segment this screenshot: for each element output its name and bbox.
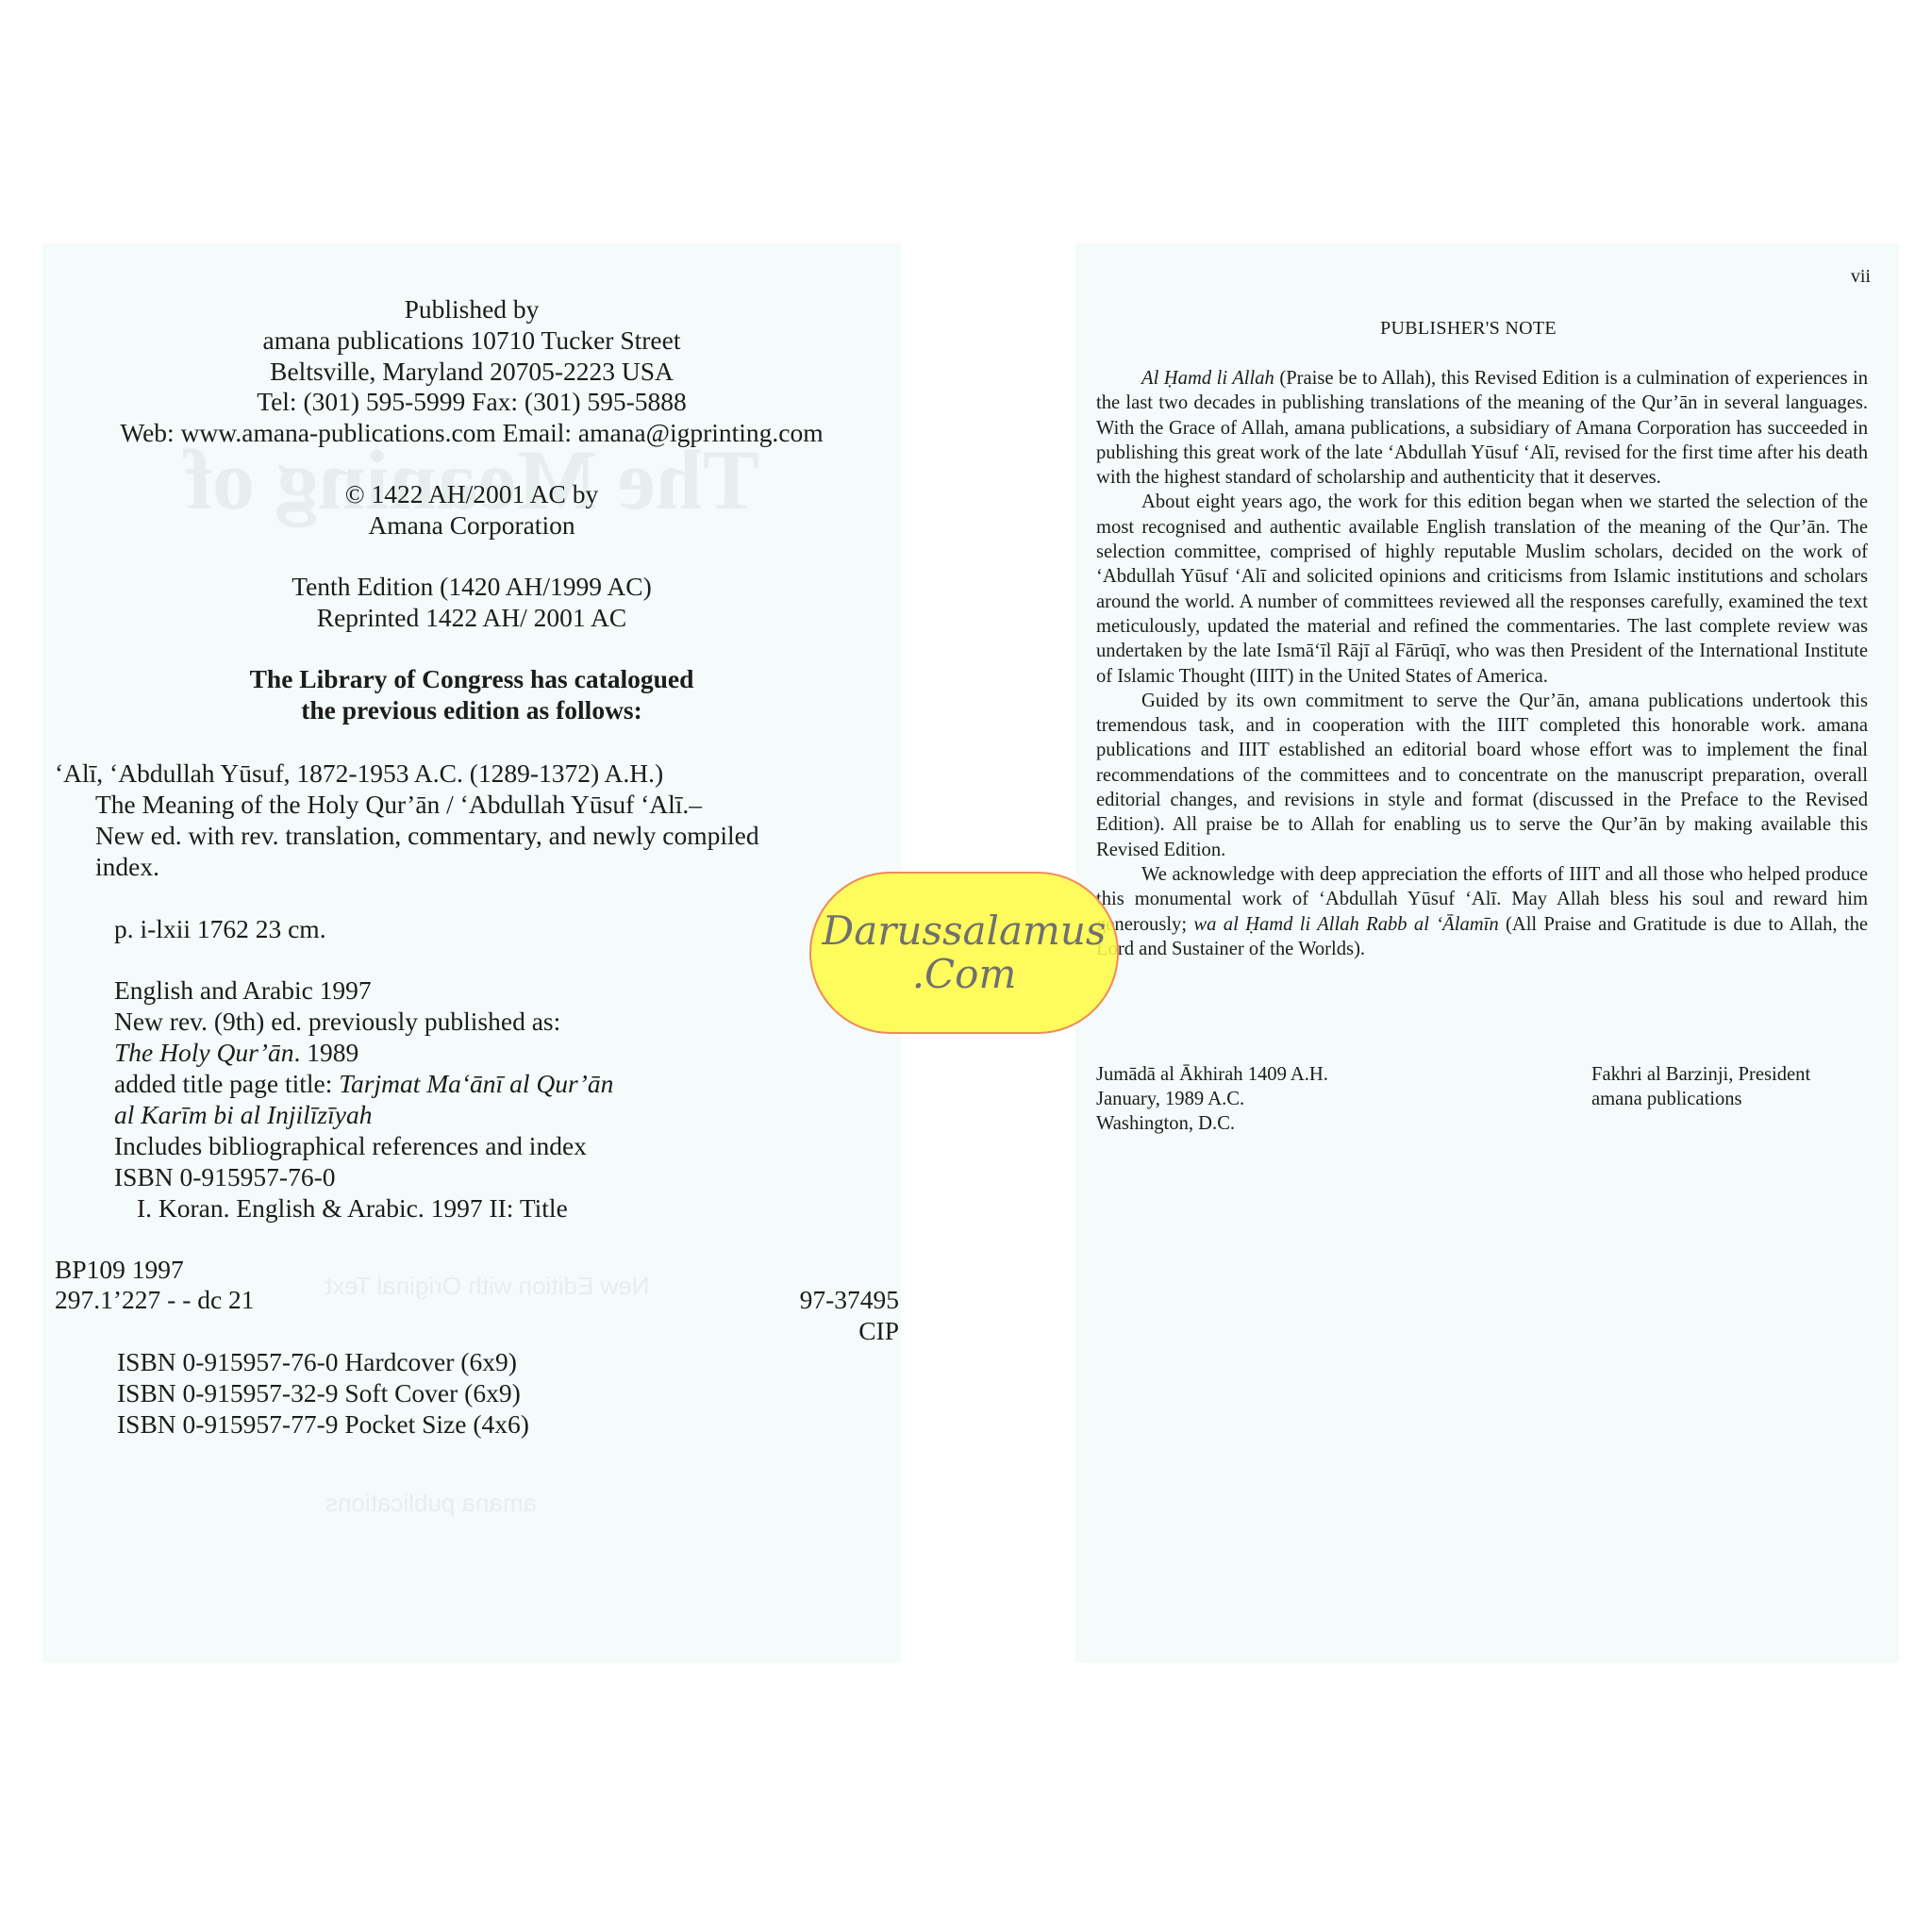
left-page-copyright: The Meaning of New Edition with Original… xyxy=(42,243,901,1662)
loc-heading-2: the previous edition as follows: xyxy=(42,695,901,725)
paragraph: Al Ḥamd li Allah (Praise be to Allah), t… xyxy=(1096,366,1868,490)
note-body: Al Ḥamd li Allah (Praise be to Allah), t… xyxy=(1096,366,1868,961)
catalog-added-title-cont: al Karīm bi al Injilīzīyah xyxy=(114,1100,372,1130)
paragraph: We acknowledge with deep appreciation th… xyxy=(1096,862,1868,961)
catalog-title: The Meaning of the Holy Qur’ān / ‘Abdull… xyxy=(95,790,702,820)
publisher-web-email: Web: www.amana-publications.com Email: a… xyxy=(42,418,901,448)
isbn-softcover: ISBN 0-915957-32-9 Soft Cover (6x9) xyxy=(117,1378,521,1408)
publisher-city: Beltsville, Maryland 20705-2223 USA xyxy=(42,357,901,387)
page-number: vii xyxy=(1851,266,1871,288)
publisher-address: amana publications 10710 Tucker Street xyxy=(42,325,901,356)
lccn: 97-37495 xyxy=(800,1285,899,1315)
catalog-isbn: ISBN 0-915957-76-0 xyxy=(114,1162,336,1192)
signatory-org: amana publications xyxy=(1591,1087,1742,1111)
catalog-title: New ed. with rev. translation, commentar… xyxy=(95,821,759,851)
copyright-line: © 1422 AH/2001 AC by xyxy=(42,479,901,509)
dateline-place: Washington, D.C. xyxy=(1096,1111,1235,1136)
paragraph: About eight years ago, the work for this… xyxy=(1096,490,1868,688)
catalog-added-title: added title page title: Tarjmat Ma‘ānī a… xyxy=(114,1069,613,1099)
dateline-gregorian: January, 1989 A.C. xyxy=(1096,1087,1244,1111)
edition-line: Tenth Edition (1420 AH/1999 AC) xyxy=(42,572,901,602)
catalog-language: English and Arabic 1997 xyxy=(114,975,372,1006)
loc-heading-1: The Library of Congress has catalogued xyxy=(42,664,901,694)
paragraph: Guided by its own commitment to serve th… xyxy=(1096,689,1868,862)
call-number: BP109 1997 xyxy=(55,1255,184,1285)
cip-label: CIP xyxy=(858,1316,899,1346)
isbn-hardcover: ISBN 0-915957-76-0 Hardcover (6x9) xyxy=(117,1347,517,1377)
isbn-pocket: ISBN 0-915957-77-9 Pocket Size (4x6) xyxy=(117,1409,529,1440)
publisher-phone: Tel: (301) 595-5999 Fax: (301) 595-5888 xyxy=(42,387,901,417)
published-by: Published by xyxy=(42,294,901,325)
bleed-through-ghost: amana publications xyxy=(325,1489,537,1518)
catalog-pages: p. i-lxii 1762 23 cm. xyxy=(114,914,326,944)
watermark-badge: Darussalamus .Com xyxy=(809,872,1119,1034)
watermark-text: Darussalamus xyxy=(823,909,1107,953)
catalog-subjects: I. Koran. English & Arabic. 1997 II: Tit… xyxy=(137,1193,568,1224)
dewey-number: 297.1’227 - - dc 21 xyxy=(55,1285,255,1315)
right-page-publishers-note: vii PUBLISHER'S NOTE Al Ḥamd li Allah (P… xyxy=(1075,243,1899,1662)
catalog-previous: New rev. (9th) ed. previously published … xyxy=(114,1007,560,1037)
section-heading: PUBLISHER'S NOTE xyxy=(1075,318,1861,340)
copyright-holder: Amana Corporation xyxy=(42,510,901,541)
dateline-hijri: Jumādā al Ākhirah 1409 A.H. xyxy=(1096,1062,1328,1087)
watermark-text: .Com xyxy=(912,953,1017,996)
bleed-through-ghost: New Edition with Original Text xyxy=(325,1272,649,1301)
catalog-prev-title: The Holy Qur’ān. 1989 xyxy=(114,1038,358,1068)
reprint-line: Reprinted 1422 AH/ 2001 AC xyxy=(42,603,901,633)
catalog-title: index. xyxy=(95,852,159,882)
catalog-author: ‘Alī, ‘Abdullah Yūsuf, 1872-1953 A.C. (1… xyxy=(55,758,663,789)
catalog-includes: Includes bibliographical references and … xyxy=(114,1131,587,1161)
signatory-name: Fakhri al Barzinji, President xyxy=(1591,1062,1810,1087)
